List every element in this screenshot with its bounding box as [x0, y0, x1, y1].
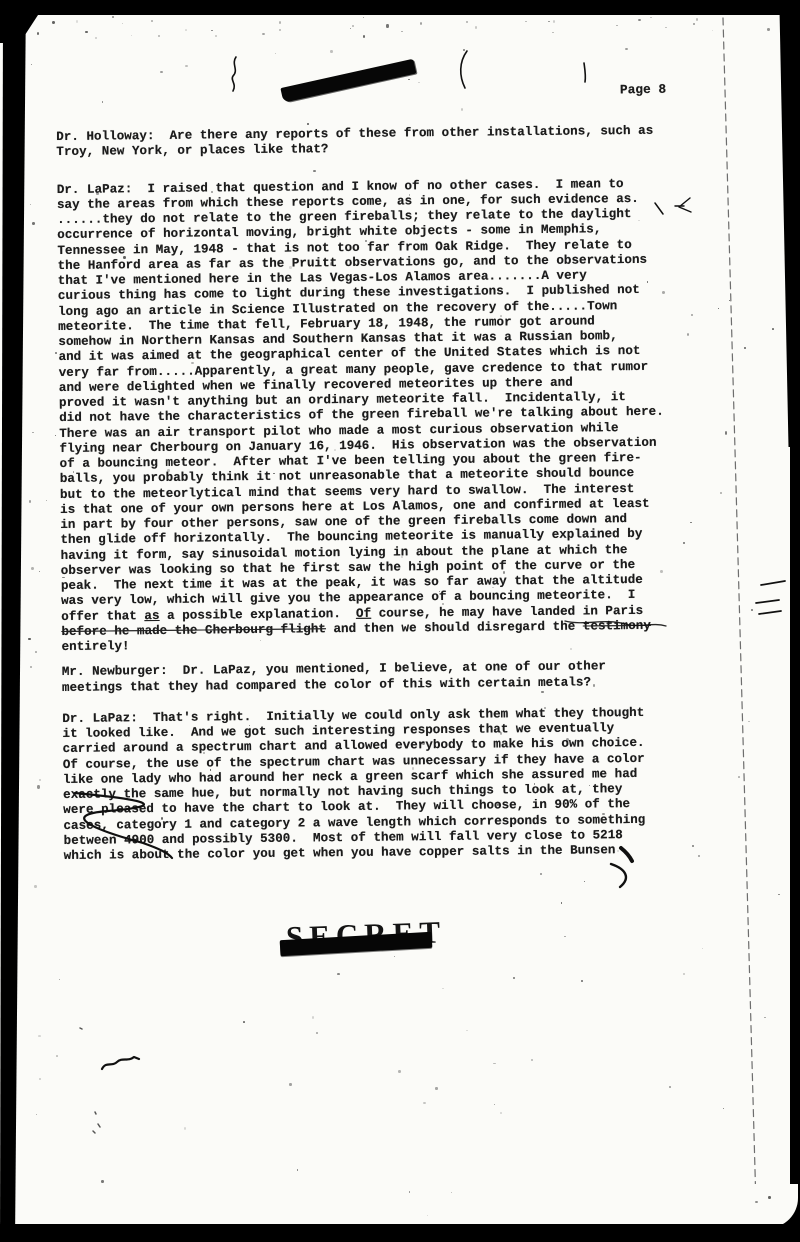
noise-dot — [723, 1108, 724, 1109]
noise-dot — [38, 1035, 41, 1037]
noise-dot — [500, 1112, 503, 1114]
text-segment-strike: testimony — [583, 619, 651, 634]
noise-dot — [398, 1070, 400, 1073]
noise-dot — [184, 1127, 186, 1129]
noise-dot — [772, 328, 775, 330]
noise-dot — [34, 885, 37, 888]
noise-dot — [37, 32, 39, 35]
noise-dot — [408, 79, 410, 81]
noise-dot — [693, 23, 695, 25]
text-segment: offer that — [61, 609, 144, 624]
noise-dot — [55, 435, 57, 436]
noise-dot — [401, 31, 403, 32]
noise-dot — [650, 17, 652, 18]
bottom-left-dot-marks — [80, 1028, 100, 1133]
text-segment: course, he may have landed in Paris — [371, 603, 643, 620]
noise-dot — [56, 1055, 58, 1057]
noise-dot — [32, 222, 35, 225]
noise-dot — [112, 16, 114, 18]
noise-dot — [52, 21, 55, 24]
text-segment-strike: before he made the Cherbourg flight — [61, 622, 326, 639]
noise-dot — [767, 28, 770, 31]
paragraph-holloway-question: Dr. Holloway: Are there any reports of t… — [56, 123, 706, 160]
noise-dot — [76, 20, 79, 23]
paragraph-lapaz-answer: Dr. LaPaz: I raised that question and I … — [57, 176, 712, 656]
noise-dot — [350, 28, 352, 29]
noise-dot — [696, 18, 698, 21]
noise-dot — [151, 20, 153, 22]
noise-dot — [297, 1169, 298, 1171]
pen-paren-mark — [461, 51, 467, 88]
bottom-left-squiggle — [102, 1057, 139, 1069]
noise-dot — [531, 1059, 533, 1061]
noise-dot — [29, 500, 31, 503]
document-page: Page 8 Dr. Holloway: Are there any repor… — [0, 0, 800, 1242]
noise-dot — [394, 956, 395, 957]
noise-dot — [616, 25, 617, 27]
noise-dot — [102, 101, 104, 103]
text-segment-underline: Of — [356, 606, 371, 620]
noise-dot — [31, 64, 32, 65]
noise-dot — [553, 20, 555, 23]
noise-dot — [461, 108, 463, 111]
noise-dot — [30, 204, 31, 205]
noise-dot — [764, 1017, 766, 1018]
paragraph-newburger-question: Mr. Newburger: Dr. LaPaz, you mentioned,… — [62, 658, 712, 695]
noise-dot — [55, 352, 57, 354]
noise-dot — [420, 22, 422, 25]
margin-dash-marks — [756, 581, 785, 614]
noise-dot — [386, 24, 388, 27]
noise-dot — [289, 1083, 292, 1087]
noise-dot — [185, 65, 187, 67]
noise-dot — [584, 881, 585, 883]
noise-dot — [669, 1086, 671, 1088]
noise-dot — [475, 26, 478, 29]
noise-dot — [494, 1104, 496, 1105]
noise-dot — [540, 873, 542, 875]
noise-dot — [525, 21, 526, 23]
noise-dot — [513, 977, 515, 979]
noise-dot — [36, 1114, 37, 1115]
noise-dot — [744, 347, 746, 350]
paragraph-lapaz-color-answer: Dr. LaPaz: That's right. Initially we co… — [62, 705, 714, 864]
scan-edge-left — [0, 15, 30, 1242]
noise-dot — [28, 638, 30, 641]
noise-dot — [725, 431, 728, 435]
text-segment: and then we should disregard the — [326, 619, 583, 636]
text-segment: a possible explanation. — [159, 606, 356, 622]
noise-dot — [638, 19, 641, 21]
noise-dot — [581, 980, 583, 981]
noise-dot — [561, 902, 563, 904]
noise-dot — [718, 308, 719, 309]
noise-dot — [423, 1102, 426, 1104]
noise-dot — [435, 1087, 437, 1090]
page-number: Page 8 — [620, 82, 666, 98]
noise-dot — [363, 35, 365, 38]
noise-dot — [39, 779, 41, 781]
noise-dot — [352, 25, 354, 27]
scan-edge-right-lower — [790, 447, 800, 1242]
noise-dot — [243, 1021, 245, 1023]
noise-dot — [337, 973, 340, 975]
transcript-text: Dr. Holloway: Are there any reports of t… — [56, 123, 714, 864]
text-segment-underline: as — [144, 608, 159, 622]
noise-dot — [625, 48, 628, 50]
noise-dot — [31, 567, 34, 570]
noise-dot — [35, 651, 37, 653]
noise-dot — [37, 785, 40, 788]
noise-dot — [720, 492, 722, 495]
noise-dot — [778, 894, 780, 896]
noise-dot — [463, 49, 465, 51]
scanned-document-body: { "page": { "label": "Page 8" }, "stamps… — [0, 0, 800, 1242]
noise-dot — [279, 29, 281, 31]
noise-dot — [552, 32, 554, 33]
noise-dot — [751, 609, 753, 611]
noise-dot — [32, 432, 34, 433]
noise-dot — [131, 35, 132, 37]
noise-dot — [211, 30, 212, 31]
noise-dot — [316, 1032, 318, 1034]
noise-dot — [427, 1215, 428, 1216]
noise-dot — [158, 35, 160, 38]
scan-edge-bottom — [0, 1224, 800, 1242]
top-classification-redaction-bar — [280, 59, 416, 103]
noise-dot — [466, 21, 468, 22]
noise-dot — [409, 1191, 410, 1192]
noise-dot — [262, 33, 265, 35]
noise-dot — [451, 1192, 452, 1193]
noise-dot — [729, 300, 730, 301]
pen-brace-mark — [232, 57, 236, 91]
noise-dot — [702, 948, 703, 949]
noise-dot — [39, 1078, 41, 1080]
noise-dot — [95, 37, 97, 40]
noise-dot — [39, 571, 40, 572]
noise-dot — [712, 30, 713, 31]
noise-dot — [46, 500, 47, 501]
noise-dot — [683, 973, 685, 976]
noise-dot — [307, 123, 309, 125]
noise-dot — [312, 1016, 315, 1019]
noise-dot — [548, 21, 550, 22]
noise-dot — [665, 27, 666, 28]
noise-dot — [564, 936, 566, 938]
noise-dot — [85, 31, 87, 34]
noise-dot — [185, 29, 187, 31]
noise-dot — [160, 71, 163, 73]
noise-dot — [122, 23, 123, 24]
noise-dot — [59, 979, 60, 980]
noise-dot — [442, 988, 444, 990]
bunsen-paren-mark — [611, 864, 626, 887]
noise-dot — [466, 1030, 468, 1032]
noise-dot — [275, 53, 276, 54]
noise-dot — [418, 82, 419, 83]
scan-edge-right-upper — [777, 0, 800, 447]
fold-crease-line — [723, 18, 757, 1242]
noise-dot — [748, 721, 750, 722]
noise-dot — [363, 17, 364, 18]
pen-tick-mark — [584, 63, 585, 82]
noise-dot — [738, 776, 740, 778]
noise-dot — [330, 50, 333, 54]
scan-edge-top — [0, 0, 800, 15]
noise-dot — [101, 1180, 104, 1183]
noise-dot — [493, 1063, 495, 1065]
noise-dot — [279, 21, 281, 24]
noise-dot — [30, 666, 32, 668]
noise-dot — [215, 35, 218, 37]
